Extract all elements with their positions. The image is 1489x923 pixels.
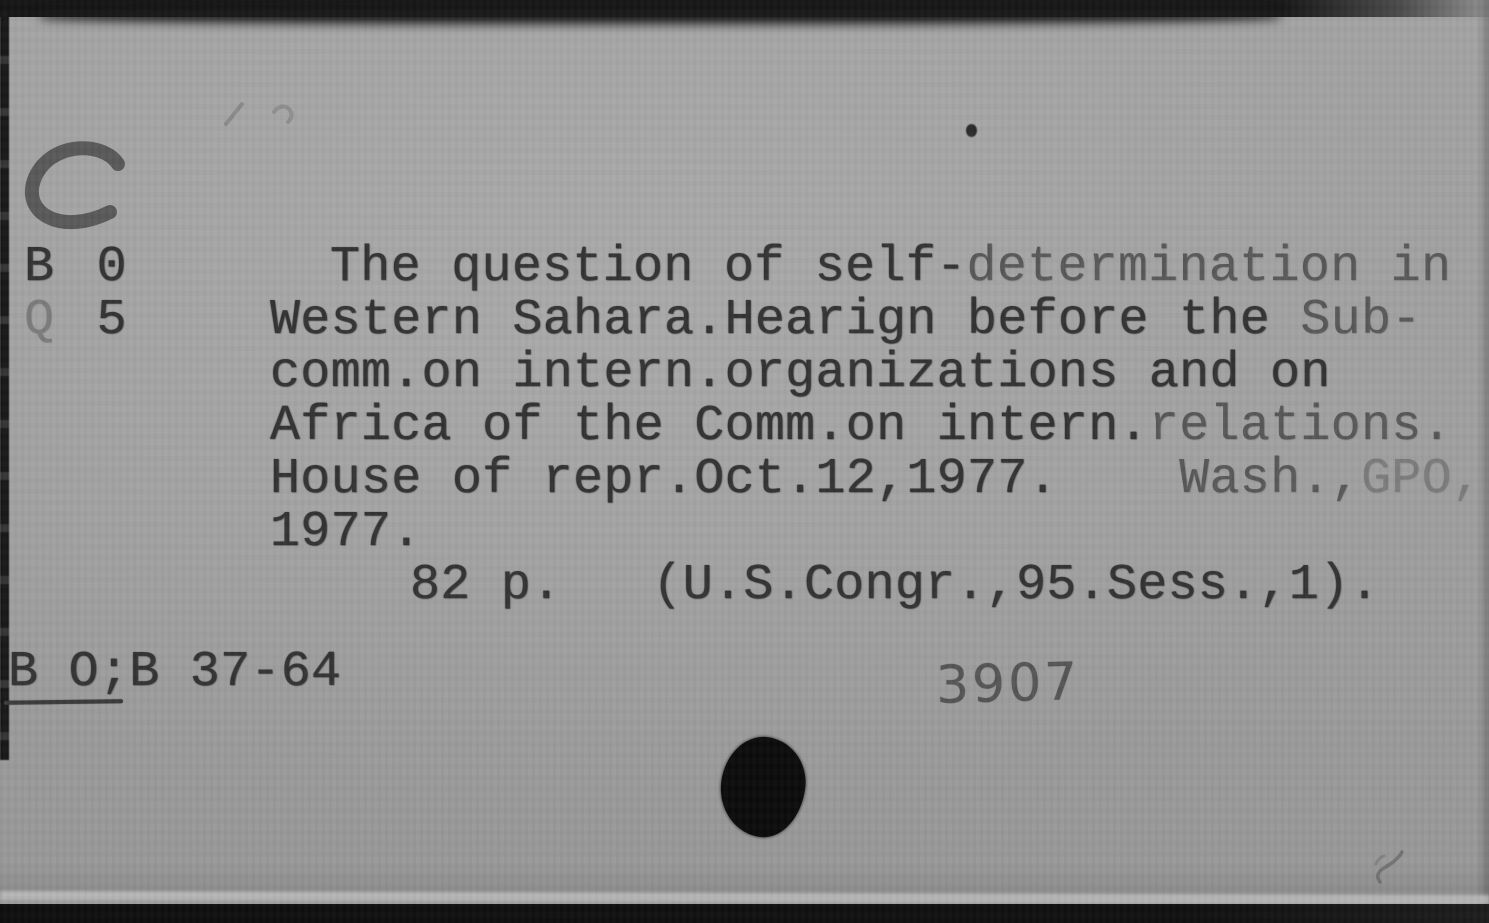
pencil-mark-bottom-right-icon — [1366, 844, 1421, 892]
entry-line: Africa of the Comm.on intern.relations. — [270, 402, 1452, 452]
entry-text: Africa of the Comm.on intern. — [270, 398, 1149, 455]
entry-text: House of repr.Oct.12,1977. — [270, 451, 1179, 508]
entry-text-faded: GPO, — [1361, 451, 1482, 508]
call-number-digit: 0 — [97, 239, 127, 296]
pencil-squiggle-icon — [208, 94, 328, 132]
shelf-mark-rest: ;B 37-64 — [99, 644, 341, 701]
hole-punch-dot — [715, 732, 811, 841]
entry-line: Western Sahara.Hearign before the Sub- — [270, 296, 1422, 346]
call-number-class: Q — [24, 292, 54, 349]
bottom-scan-band — [0, 904, 1489, 923]
call-number-digit: 5 — [97, 292, 127, 349]
entry-line: House of repr.Oct.12,1977. Wash.,GPO, — [270, 455, 1482, 505]
entry-text: The question of self- — [330, 239, 966, 296]
entry-line: 82 p. (U.S.Congr.,95.Sess.,1). — [410, 561, 1380, 611]
entry-line: comm.on intern.organizations and on — [270, 349, 1331, 399]
call-number-row-2: Q 5 — [24, 296, 127, 346]
entry-text-faded: Sub- — [1300, 292, 1421, 349]
call-number-row-1: B 0 — [24, 243, 127, 293]
catalog-card-scan: C B 0 Q 5 The question of self-determina… — [0, 0, 1489, 923]
entry-text: comm.on intern.organizations and on — [270, 345, 1331, 402]
entry-text: 1977. — [270, 504, 422, 561]
entry-text-faded: determination in — [966, 239, 1451, 296]
top-scan-band-shadow — [40, 8, 1280, 24]
shelf-mark-underline — [4, 699, 123, 705]
entry-line: The question of self-determination in — [330, 243, 1451, 293]
ink-dot — [966, 124, 977, 137]
handwritten-letter-c-icon: C — [18, 138, 138, 243]
call-number-class: B — [24, 239, 54, 296]
card-number: 3907 — [935, 656, 1081, 712]
entry-text-faded: relations. — [1149, 398, 1452, 455]
shelf-mark-underlined: B O — [8, 644, 99, 701]
entry-line: 1977. — [270, 508, 422, 558]
entry-text: 82 p. (U.S.Congr.,95.Sess.,1). — [410, 557, 1380, 614]
entry-text: Western Sahara.Hearign before the — [270, 292, 1300, 349]
entry-text-faded: Wash., — [1179, 451, 1361, 508]
shelf-mark: B O;B 37-64 — [8, 648, 341, 698]
